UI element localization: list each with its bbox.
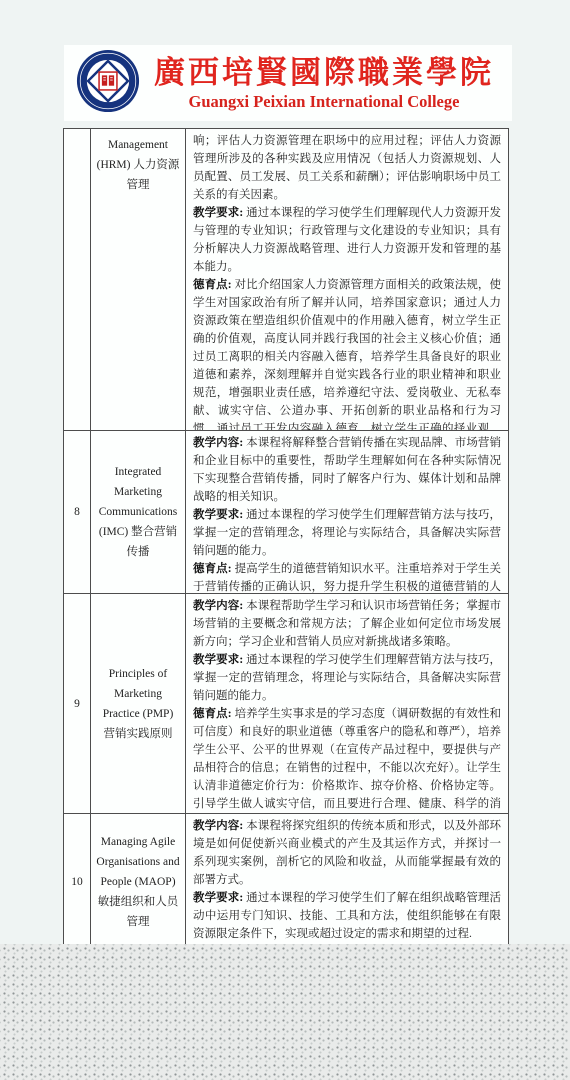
- content-paragraph: 教学要求: 通过本课程的学习使学生们理解现代人力资源开发与管理的专业知识；行政管…: [193, 204, 501, 276]
- content-paragraph: 德育点: 提高学生的道德营销知识水平。注重培养对于学生关于营销传播的正确认识，努…: [193, 560, 501, 593]
- content-paragraph: 教学内容: 本课程将探究组织的传统本质和形式，以及外部环境是如何促使新兴商业模式…: [193, 817, 501, 889]
- college-name-zh: 廣西培賢國際職業學院: [140, 55, 508, 91]
- paragraph-text: 响；评估人力资源管理在职场中的应用过程；评估人力资源管理所涉及的各种实践及应用情…: [193, 135, 501, 201]
- course-syllabus-table: Management (HRM) 人力资源管理响；评估人力资源管理在职场中的应用…: [63, 128, 509, 948]
- course-title: Management (HRM) 人力资源管理: [96, 135, 180, 195]
- paragraph-label: 教学内容:: [193, 820, 246, 832]
- college-logo-icon: [76, 49, 140, 113]
- content-paragraph: 德育点: 对比介绍国家人力资源管理方面相关的政策法规，使学生对国家政治有所了解并…: [193, 276, 501, 430]
- paragraph-label: 教学内容:: [193, 600, 246, 612]
- paragraph-label: 德育点:: [193, 708, 235, 720]
- row-number-cell: 10: [64, 814, 91, 948]
- paragraph-label: 教学要求:: [193, 207, 246, 219]
- dotted-background-pattern: [0, 944, 570, 1080]
- paragraph-text: 提高学生的道德营销知识水平。注重培养对于学生关于营销传播的正确认识，努力提升学生…: [193, 563, 501, 593]
- college-logo: [76, 49, 140, 118]
- paragraph-text: 培养学生实事求是的学习态度（调研数据的有效性和可信度）和良好的职业道德（尊重客户…: [193, 708, 501, 813]
- course-title: Principles of Marketing Practice (PMP) 营…: [96, 664, 180, 744]
- paragraph-label: 教学要求:: [193, 654, 246, 666]
- course-title-cell: Managing Agile Organisations and People …: [91, 814, 186, 948]
- content-paragraph: 教学要求: 通过本课程的学习使学生们理解营销方法与技巧，掌握一定的营销理念，将理…: [193, 651, 501, 705]
- course-content-cell: 教学内容: 本课程帮助学生学习和认识市场营销任务；掌握市场营销的主要概念和常规方…: [186, 594, 508, 813]
- course-content-cell: 响；评估人力资源管理在职场中的应用过程；评估人力资源管理所涉及的各种实践及应用情…: [186, 129, 508, 430]
- paragraph-label: 教学内容:: [193, 437, 246, 449]
- paragraph-label: 教学要求:: [193, 509, 246, 521]
- course-content-cell: 教学内容: 本课程将解释整合营销传播在实现品牌、市场营销和企业目标中的重要性，帮…: [186, 431, 508, 593]
- content-paragraph: 响；评估人力资源管理在职场中的应用过程；评估人力资源管理所涉及的各种实践及应用情…: [193, 132, 501, 204]
- course-title: Integrated Marketing Communications (IMC…: [96, 462, 180, 562]
- course-content-cell: 教学内容: 本课程将探究组织的传统本质和形式，以及外部环境是如何促使新兴商业模式…: [186, 814, 508, 948]
- paragraph-label: 教学要求:: [193, 892, 246, 904]
- table-row: 9Principles of Marketing Practice (PMP) …: [64, 594, 508, 814]
- table-row: 10Managing Agile Organisations and Peopl…: [64, 814, 508, 948]
- college-titles: 廣西培賢國際職業學院 Guangxi Peixian International…: [140, 55, 512, 112]
- content-paragraph: 教学要求: 通过本课程的学习使学生们了解在组织战略管理活动中运用专门知识、技能、…: [193, 889, 501, 943]
- content-paragraph: 教学内容: 本课程帮助学生学习和认识市场营销任务；掌握市场营销的主要概念和常规方…: [193, 597, 501, 651]
- paragraph-text: 对比介绍国家人力资源管理方面相关的政策法规，使学生对国家政治有所了解并认同，培养…: [193, 279, 501, 430]
- table-row: Management (HRM) 人力资源管理响；评估人力资源管理在职场中的应用…: [64, 129, 508, 431]
- content-paragraph: 教学内容: 本课程将解释整合营销传播在实现品牌、市场营销和企业目标中的重要性，帮…: [193, 434, 501, 506]
- table-row: 8Integrated Marketing Communications (IM…: [64, 431, 508, 594]
- row-number-cell: 9: [64, 594, 91, 813]
- college-name-en: Guangxi Peixian International College: [140, 92, 508, 112]
- paragraph-label: 德育点:: [193, 279, 235, 291]
- content-paragraph: 教学要求: 通过本课程的学习使学生们理解营销方法与技巧，掌握一定的营销理念，将理…: [193, 506, 501, 560]
- course-title-cell: Management (HRM) 人力资源管理: [91, 129, 186, 430]
- row-number-cell: [64, 129, 91, 430]
- course-title-cell: Principles of Marketing Practice (PMP) 营…: [91, 594, 186, 813]
- content-paragraph: 德育点: 培养学生实事求是的学习态度（调研数据的有效性和可信度）和良好的职业道德…: [193, 705, 501, 813]
- document-header: 廣西培賢國際職業學院 Guangxi Peixian International…: [64, 45, 512, 121]
- row-number-cell: 8: [64, 431, 91, 593]
- course-title-cell: Integrated Marketing Communications (IMC…: [91, 431, 186, 593]
- course-title: Managing Agile Organisations and People …: [96, 832, 180, 932]
- paragraph-label: 德育点:: [193, 563, 235, 575]
